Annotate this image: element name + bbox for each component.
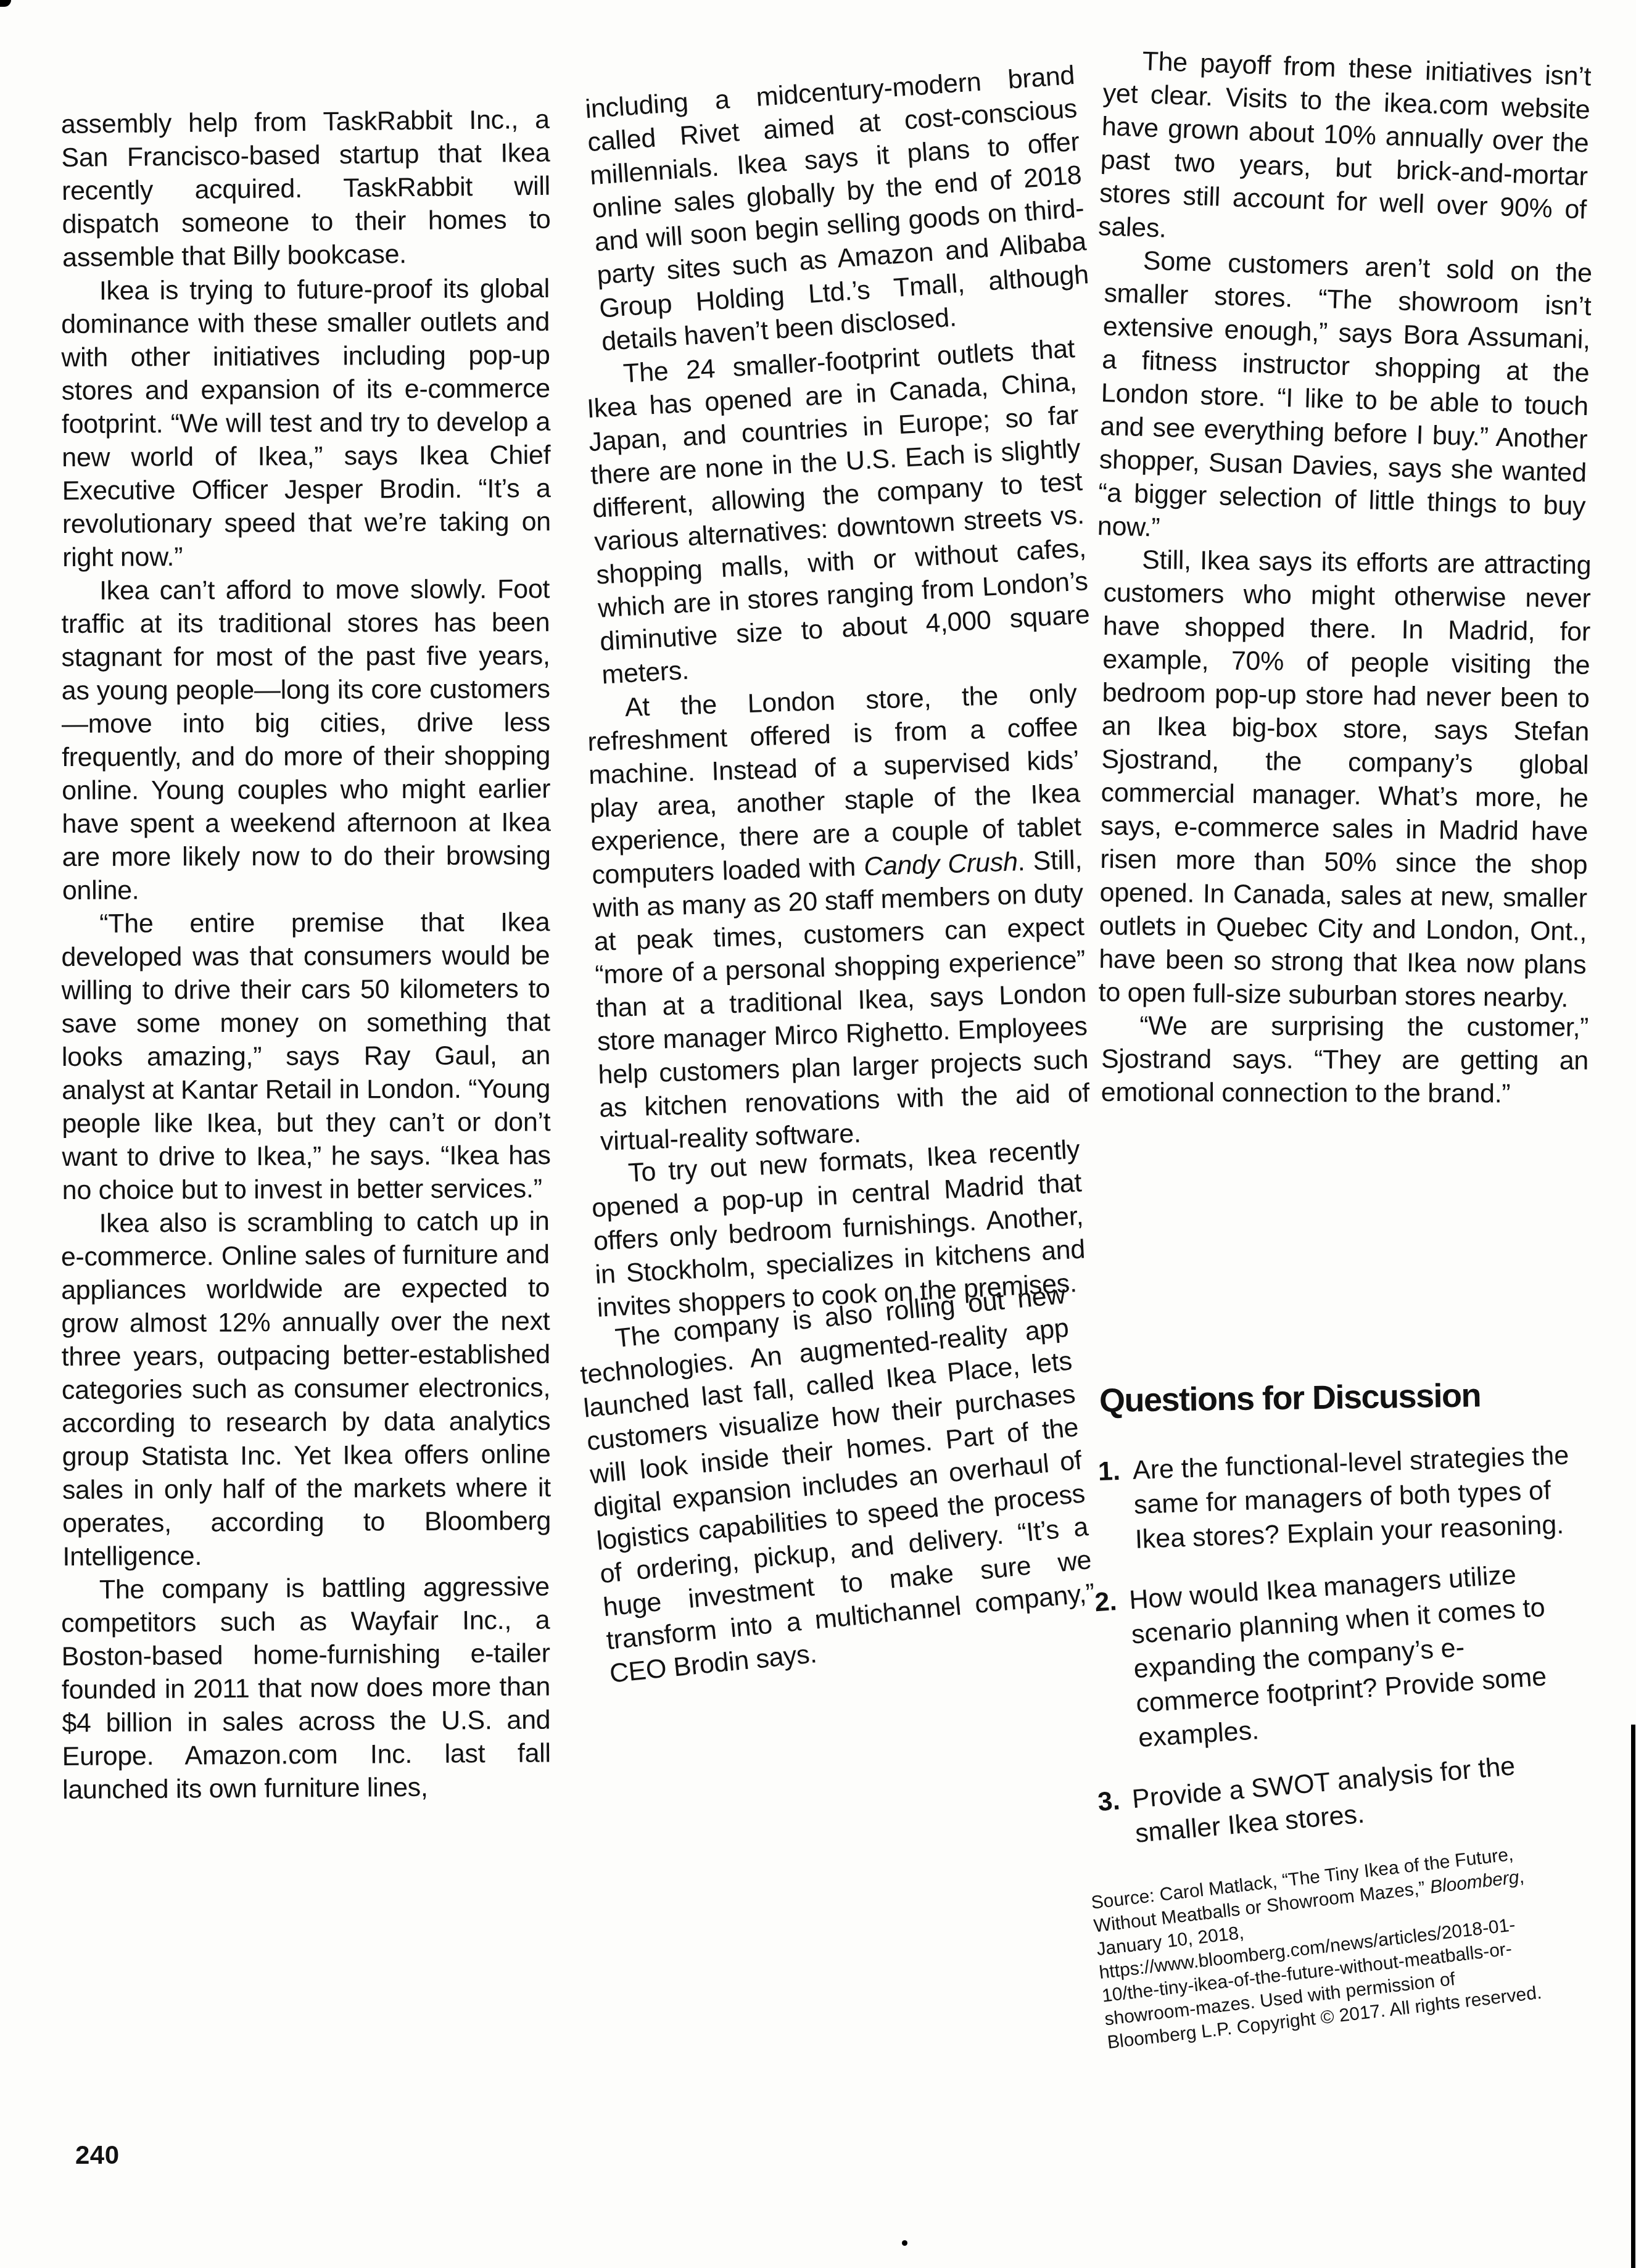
text-run: The payoff from these initiatives isn’t … — [1097, 46, 1592, 244]
italic-text: Candy Crush — [863, 847, 1018, 881]
question-item: 3.Provide a SWOT analysis for the smalle… — [1096, 1742, 1589, 1854]
text-run: “We are surprising the customer,” Sjostr… — [1101, 1011, 1589, 1108]
question-text: Are the functional-level strategies the … — [1132, 1437, 1589, 1557]
text-run: assembly help from TaskRabbit Inc., a Sa… — [61, 105, 551, 273]
scanned-page: assembly help from TaskRabbit Inc., a Sa… — [0, 0, 1636, 2268]
paragraph: Some customers aren’t sold on the smalle… — [1097, 243, 1592, 556]
article-column-right: The payoff from these initiatives isn’t … — [1101, 43, 1588, 1109]
paragraph: At the London store, the only refreshmen… — [586, 677, 1091, 1158]
paragraph: The payoff from these initiatives isn’t … — [1097, 43, 1592, 260]
scan-corner-mark — [0, 0, 11, 7]
text-run: The company is also rolling out new tech… — [579, 1280, 1096, 1689]
paragraph: “The entire premise that Ikea developed … — [61, 905, 551, 1207]
text-run: Still, Ikea says its efforts are attract… — [1098, 545, 1591, 1013]
paragraph: Ikea also is scrambling to catch up in e… — [60, 1205, 551, 1573]
text-run: Some customers aren’t sold on the smalle… — [1097, 246, 1592, 543]
paragraph: The 24 smaller-footprint outlets that Ik… — [584, 332, 1093, 692]
paragraph: The company is also rolling out new tech… — [576, 1278, 1099, 1691]
article-column-left: assembly help from TaskRabbit Inc., a Sa… — [62, 108, 550, 1807]
paragraph: “We are surprising the customer,” Sjostr… — [1101, 1009, 1589, 1111]
paragraph: The company is battling aggressive compe… — [61, 1570, 552, 1807]
paragraph: Ikea can’t afford to move slowly. Foot t… — [61, 572, 551, 907]
questions-heading: Questions for Discussion — [1099, 1375, 1588, 1420]
text-run: Ikea can’t afford to move slowly. Foot t… — [61, 574, 550, 905]
questions-section: Questions for Discussion 1.Are the funct… — [1099, 1382, 1588, 2055]
scan-edge-line — [1631, 1725, 1635, 2268]
source-note: Source: Carol Matlack, “The Tiny Ikea of… — [1090, 1841, 1544, 2055]
text-run: Ikea is trying to future-proof its globa… — [61, 274, 551, 572]
questions-list: 1.Are the functional-level strategies th… — [1099, 1454, 1588, 1854]
question-text: How would Ikea managers utilize scenario… — [1128, 1553, 1593, 1755]
question-text: Provide a SWOT analysis for the smaller … — [1131, 1742, 1589, 1851]
paragraph: Still, Ikea says its efforts are attract… — [1098, 543, 1591, 1015]
article-column-middle: including a midcentury-modern brand call… — [593, 93, 1084, 1691]
text-run: . Still, with as many as 20 staff member… — [592, 845, 1089, 1157]
paragraph: assembly help from TaskRabbit Inc., a Sa… — [61, 103, 552, 274]
page-number: 240 — [75, 2140, 120, 2170]
text-run: Ikea also is scrambling to catch up in e… — [61, 1206, 552, 1572]
question-number: 1. — [1097, 1453, 1136, 1558]
text-run: “The entire premise that Ikea developed … — [61, 907, 550, 1205]
text-run: The company is battling aggressive compe… — [61, 1572, 551, 1805]
paragraph: including a midcentury-modern brand call… — [584, 59, 1092, 358]
question-number: 3. — [1096, 1782, 1137, 1854]
scan-ink-dot — [902, 2240, 907, 2246]
question-item: 1.Are the functional-level strategies th… — [1097, 1437, 1589, 1558]
question-item: 2.How would Ikea managers utilize scenar… — [1094, 1553, 1593, 1758]
paragraph: Ikea is trying to future-proof its globa… — [61, 272, 552, 574]
text-run: The 24 smaller-footprint outlets that Ik… — [586, 334, 1091, 690]
text-run: including a midcentury-modern brand call… — [584, 60, 1089, 357]
